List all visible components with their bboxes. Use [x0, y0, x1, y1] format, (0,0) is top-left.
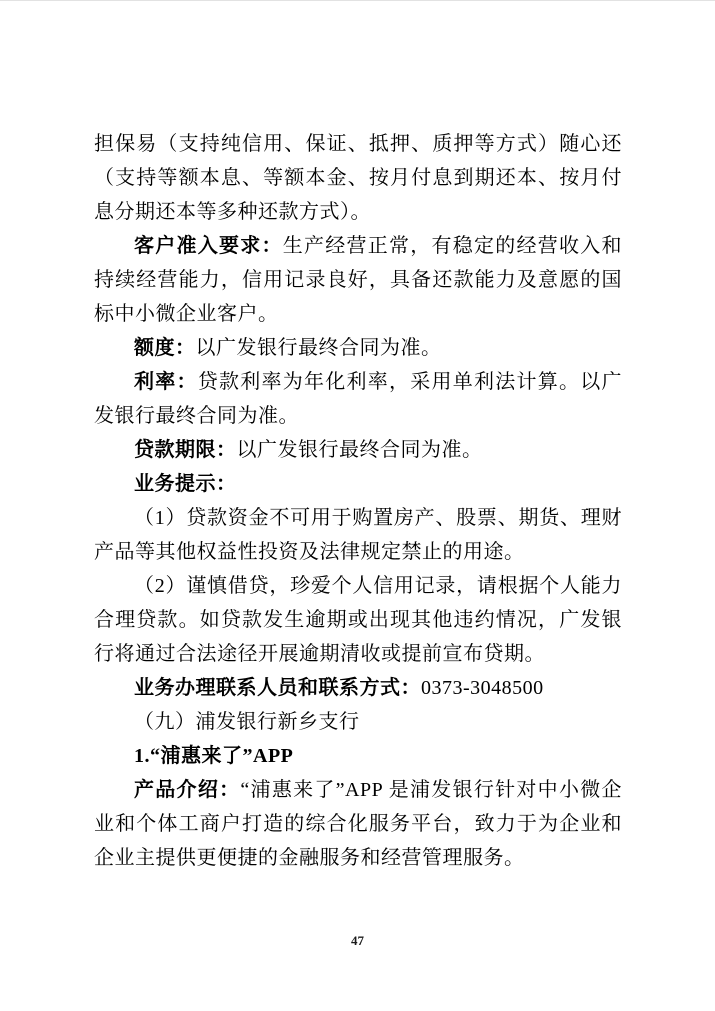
- paragraph-repayment-methods: 担保易（支持纯信用、保证、抵押、质押等方式）随心还（支持等额本息、等额本金、按月…: [94, 127, 622, 229]
- text-run: （2）谨慎借贷，珍爱个人信用记录，请根据个人能力合理贷款。如贷款发生逾期或出现其…: [94, 575, 622, 665]
- bold-label-product-intro: 产品介绍：: [134, 779, 240, 801]
- paragraph-contact: 业务办理联系人员和联系方式：0373-3048500: [94, 671, 622, 705]
- paragraph-tip-1: （1）贷款资金不可用于购置房产、股票、期货、理财产品等其他权益性投资及法律规定禁…: [94, 501, 622, 569]
- paragraph-product-intro: 产品介绍：“浦惠来了”APP 是浦发银行针对中小微企业和个体工商户打造的综合化服…: [94, 773, 622, 875]
- bold-label-interest-rate: 利率：: [134, 371, 198, 393]
- document-page: 担保易（支持纯信用、保证、抵押、质押等方式）随心还（支持等额本息、等额本金、按月…: [0, 0, 715, 1011]
- bold-label-contact: 业务办理联系人员和联系方式：: [134, 677, 421, 699]
- text-run: 担保易（支持纯信用、保证、抵押、质押等方式）随心还（支持等额本息、等额本金、按月…: [94, 133, 622, 223]
- bold-label-customer-requirements: 客户准入要求：: [134, 235, 283, 257]
- bold-label-business-tips: 业务提示：: [134, 473, 237, 495]
- paragraph-business-tips-heading: 业务提示：: [94, 467, 622, 501]
- section-heading-bank-branch: （九）浦发银行新乡支行: [134, 711, 360, 733]
- text-run: 以广发银行最终合同为准。: [237, 439, 483, 461]
- bold-label-quota: 额度：: [134, 337, 196, 359]
- paragraph-section-9-heading: （九）浦发银行新乡支行: [94, 705, 622, 739]
- paragraph-interest-rate: 利率：贷款利率为年化利率，采用单利法计算。以广发银行最终合同为准。: [94, 365, 622, 433]
- page-number: 47: [351, 933, 364, 948]
- page-footer: 47: [0, 932, 715, 950]
- bold-label-loan-term: 贷款期限：: [134, 439, 237, 461]
- paragraph-loan-term: 贷款期限：以广发银行最终合同为准。: [94, 433, 622, 467]
- paragraph-tip-2: （2）谨慎借贷，珍爱个人信用记录，请根据个人能力合理贷款。如贷款发生逾期或出现其…: [94, 569, 622, 671]
- document-body: 担保易（支持纯信用、保证、抵押、质押等方式）随心还（支持等额本息、等额本金、按月…: [94, 127, 622, 875]
- text-run: （1）贷款资金不可用于购置房产、股票、期货、理财产品等其他权益性投资及法律规定禁…: [94, 507, 622, 563]
- contact-phone-number: 0373-3048500: [421, 677, 544, 699]
- subsection-heading-app: 1.“浦惠来了”APP: [134, 745, 293, 767]
- paragraph-quota: 额度：以广发银行最终合同为准。: [94, 331, 622, 365]
- text-run: 以广发银行最终合同为准。: [196, 337, 442, 359]
- paragraph-app-heading: 1.“浦惠来了”APP: [94, 739, 622, 773]
- paragraph-customer-requirements: 客户准入要求：生产经营正常，有稳定的经营收入和持续经营能力，信用记录良好，具备还…: [94, 229, 622, 331]
